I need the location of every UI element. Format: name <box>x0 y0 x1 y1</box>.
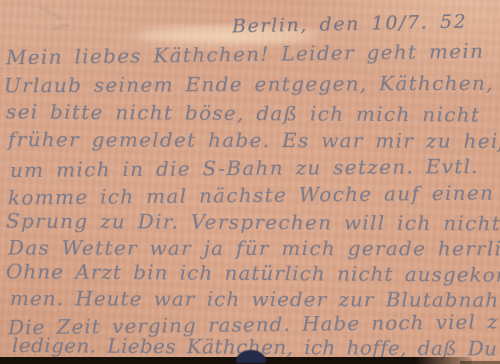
postcard-paper: Berlin, den 10/7. 52 Mein liebes Käthche… <box>0 0 500 364</box>
pencil-smudge <box>52 23 70 30</box>
handwriting-line: Ohne Arzt bin ich natürlich nicht ausgek… <box>6 259 500 287</box>
handwriting-line: men. Heute war ich wieder zur Blutabnahm… <box>10 286 500 312</box>
pencil-smudge <box>39 6 63 20</box>
handwriting-line: Urlaub seinem Ende entgegen, Käthchen, <box>4 71 494 98</box>
dateline: Berlin, den 10/7. 52 <box>232 11 468 38</box>
handwriting-line: Das Wetter war ja für mich gerade herrli… <box>8 236 500 261</box>
handwriting-line: Mein liebes Käthchen! Leider geht mein <box>6 39 485 70</box>
handwriting-line: Sprung zu Dir. Versprechen will ich nich… <box>6 209 500 236</box>
handwriting-line: um mich in die S-Bahn zu setzen. Evtl. <box>10 154 479 182</box>
handwriting-line: komme ich mal nächste Woche auf einen <box>8 180 494 209</box>
handwriting-line: sei bitte nicht böse, daß ich mich nicht <box>6 99 480 126</box>
handwriting-line: früher gemeldet habe. Es war mir zu heiß… <box>8 127 500 153</box>
